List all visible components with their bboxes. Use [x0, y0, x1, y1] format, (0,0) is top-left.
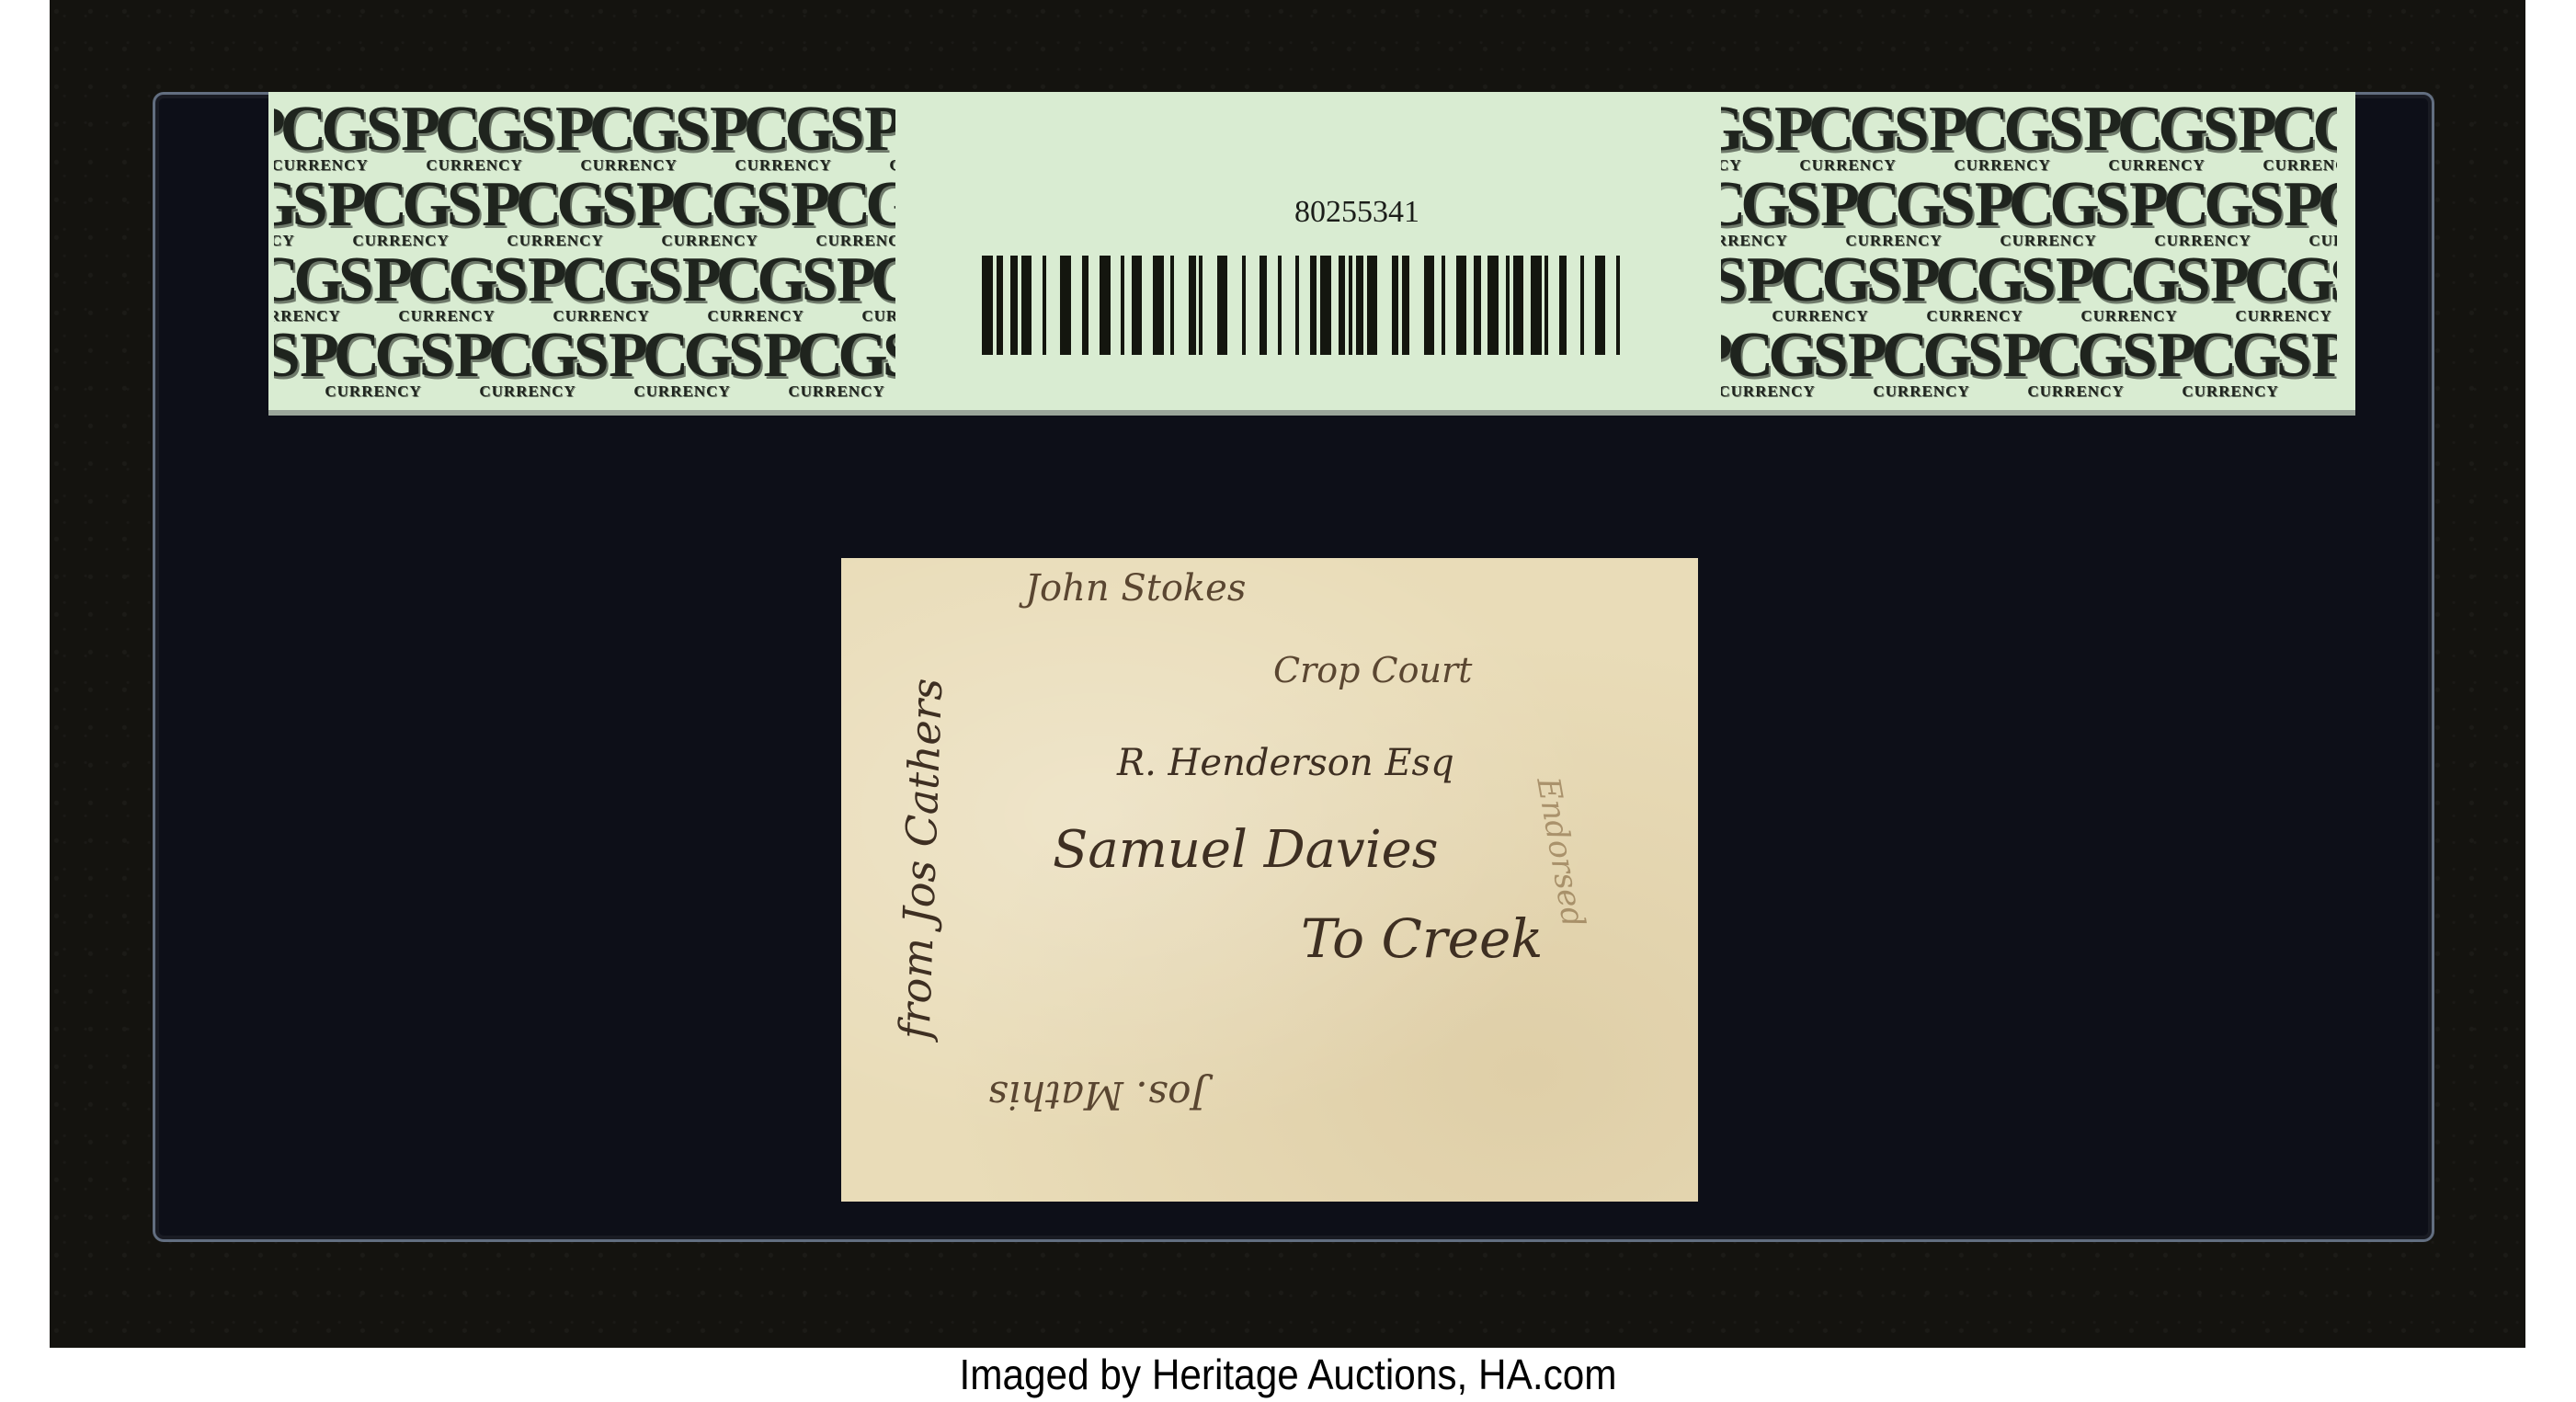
pcgs-logo: PCGSCURRENCY	[2157, 327, 2304, 399]
pcgs-logo: PCGSCURRENCY	[2083, 101, 2230, 173]
pcgs-logo: PCGSCURRENCY	[300, 327, 447, 399]
pcgs-logo-pattern-right: PCGSCURRENCYPCGSCURRENCYPCGSCURRENCYPCGS…	[1721, 99, 2337, 403]
logo-row: PCGSCURRENCYPCGSCURRENCYPCGSCURRENCYPCGS…	[1721, 327, 2337, 399]
pcgs-logo: PCGSCURRENCY	[710, 101, 857, 173]
logo-row: PCGSCURRENCYPCGSCURRENCYPCGSCURRENCYPCGS…	[274, 252, 895, 324]
logo-row: PCGSCURRENCYPCGSCURRENCYPCGSCURRENCYPCGS…	[274, 101, 895, 173]
pcgs-logo: PCGSCURRENCY	[2284, 177, 2337, 248]
pcgs-logo: PCGSCURRENCY	[274, 101, 393, 173]
pcgs-logo: PCGSCURRENCY	[274, 252, 366, 324]
logo-row: PCGSCURRENCYPCGSCURRENCYPCGSCURRENCYPCGS…	[1721, 177, 2337, 248]
pcgs-logo: PCGSCURRENCY	[401, 101, 548, 173]
pcgs-logo: PCGSCURRENCY	[373, 252, 520, 324]
handwriting-john-stokes: John Stokes	[1025, 567, 1246, 610]
pcgs-logo: PCGSCURRENCY	[2002, 327, 2149, 399]
pcgs-logo: PCGSCURRENCY	[1820, 177, 1967, 248]
pcgs-logo: PCGSCURRENCY	[1721, 101, 1767, 173]
pcgs-label: PCGSCURRENCYPCGSCURRENCYPCGSCURRENCYPCGS…	[268, 92, 2355, 410]
pcgs-logo: PCGSCURRENCY	[528, 252, 675, 324]
currency-note-back: John Stokes Crop Court R. Henderson Esq …	[841, 558, 1698, 1202]
pcgs-logo: PCGSCURRENCY	[636, 177, 783, 248]
pcgs-logo: PCGSCURRENCY	[1774, 101, 1921, 173]
logo-row: PCGSCURRENCYPCGSCURRENCYPCGSCURRENCYPCGS…	[274, 327, 895, 399]
pcgs-logo: PCGSCURRENCY	[1929, 101, 2076, 173]
pcgs-logo: PCGSCURRENCY	[609, 327, 756, 399]
pcgs-logo: PCGSCURRENCY	[2238, 101, 2337, 173]
barcode	[982, 256, 1631, 355]
pcgs-logo: PCGSCURRENCY	[2311, 327, 2337, 399]
pcgs-logo: PCGSCURRENCY	[1901, 252, 2048, 324]
pcgs-logo: PCGSCURRENCY	[1721, 252, 1739, 324]
logo-row: PCGSCURRENCYPCGSCURRENCYPCGSCURRENCYPCGS…	[1721, 101, 2337, 173]
handwriting-jos-mathis: Jos. Mathis	[988, 1073, 1206, 1118]
handwriting-from-jos-cathers: from Jos Cathers	[890, 678, 952, 1041]
pcgs-logo: PCGSCURRENCY	[864, 101, 895, 173]
pcgs-logo: PCGSCURRENCY	[555, 101, 702, 173]
pcgs-logo: PCGSCURRENCY	[454, 327, 601, 399]
pcgs-logo: PCGSCURRENCY	[1975, 177, 2122, 248]
pcgs-logo: PCGSCURRENCY	[1721, 327, 1841, 399]
pcgs-logo: PCGSCURRENCY	[2210, 252, 2337, 324]
pcgs-logo: PCGSCURRENCY	[327, 177, 474, 248]
pcgs-logo: PCGSCURRENCY	[2056, 252, 2203, 324]
handwriting-creek: To Creek	[1301, 907, 1543, 970]
pcgs-logo: PCGSCURRENCY	[763, 327, 895, 399]
handwriting-henderson: R. Henderson Esq	[1117, 742, 1454, 784]
certification-number: 80255341	[1219, 195, 1495, 230]
logo-row: PCGSCURRENCYPCGSCURRENCYPCGSCURRENCYPCGS…	[274, 177, 895, 248]
handwriting-crop-court: Crop Court	[1273, 650, 1472, 690]
pcgs-logo: PCGSCURRENCY	[2129, 177, 2276, 248]
image-credit-caption: Imaged by Heritage Auctions, HA.com	[103, 1348, 2473, 1402]
pcgs-logo-pattern-left: PCGSCURRENCYPCGSCURRENCYPCGSCURRENCYPCGS…	[274, 99, 895, 403]
pcgs-logo: PCGSCURRENCY	[1848, 327, 1995, 399]
pcgs-logo: PCGSCURRENCY	[1721, 177, 1813, 248]
pcgs-logo: PCGSCURRENCY	[837, 252, 895, 324]
pcgs-logo: PCGSCURRENCY	[274, 327, 292, 399]
pcgs-logo: PCGSCURRENCY	[482, 177, 629, 248]
pcgs-logo: PCGSCURRENCY	[274, 177, 320, 248]
pcgs-logo: PCGSCURRENCY	[682, 252, 829, 324]
pcgs-logo: PCGSCURRENCY	[791, 177, 895, 248]
pcgs-logo: PCGSCURRENCY	[1747, 252, 1894, 324]
handwriting-samuel-davies: Samuel Davies	[1053, 820, 1438, 880]
logo-row: PCGSCURRENCYPCGSCURRENCYPCGSCURRENCYPCGS…	[1721, 252, 2337, 324]
